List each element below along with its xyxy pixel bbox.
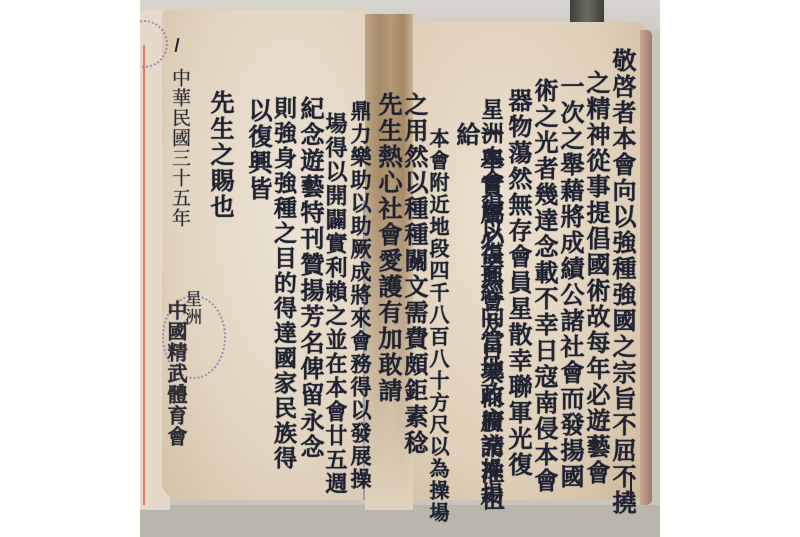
letter-body: 敬啓者本會向以強種強國之宗旨不屈不撓 之精神從事提倡國術故每年必遊藝會 一次之舉… bbox=[140, 0, 660, 537]
text-column-11: 鼎力樂助以助厥成將來會務得以發展操 bbox=[350, 100, 371, 491]
text-column-9: 之用然以種種關文需費頗鉅素稔 bbox=[402, 92, 426, 456]
text-column-12: 場得以開闢實利賴之並在本會廿五週 bbox=[324, 112, 346, 496]
text-column-14: 則強身強種之目的得達國家民族得 bbox=[272, 96, 295, 471]
text-column-5: 器物蕩然無存會員星散幸聯軍光復 bbox=[506, 88, 530, 478]
text-column-2: 之精神從事提倡國術故每年必遊藝會 bbox=[584, 70, 608, 486]
text-column-7: 一舉實屬必要經向當地政府請准租給 bbox=[454, 122, 502, 537]
text-column-15: 以復興皆 bbox=[246, 98, 270, 202]
ink-stroke-mark bbox=[175, 38, 180, 52]
text-column-1: 敬啓者本會向以強種強國之宗旨不屈不撓 bbox=[610, 48, 634, 516]
date-line: 中華民國三十五年 bbox=[170, 68, 189, 228]
text-column-8: 本會附近地段四千八百八十方尺以為操場 bbox=[428, 128, 448, 524]
ink-stroke-mark-bottom bbox=[630, 472, 632, 500]
text-column-10: 先生熱心社會愛護有加敢請 bbox=[376, 92, 400, 404]
text-column-3: 一次之舉藉將成績公諸社會而發揚國 bbox=[558, 74, 582, 490]
text-column-16: 先生之賜也 bbox=[208, 90, 232, 220]
text-column-13: 紀念遊藝特刊贊揚芳名俾留永念 bbox=[298, 96, 322, 460]
text-column-4: 術之光者幾達念載不幸日寇南侵本會 bbox=[532, 78, 556, 494]
manuscript-photo: 敬啓者本會向以強種強國之宗旨不屈不撓 之精神從事提倡國術故每年必遊藝會 一次之舉… bbox=[140, 0, 660, 537]
signature-organization: 中國精武體育會 bbox=[166, 300, 186, 447]
